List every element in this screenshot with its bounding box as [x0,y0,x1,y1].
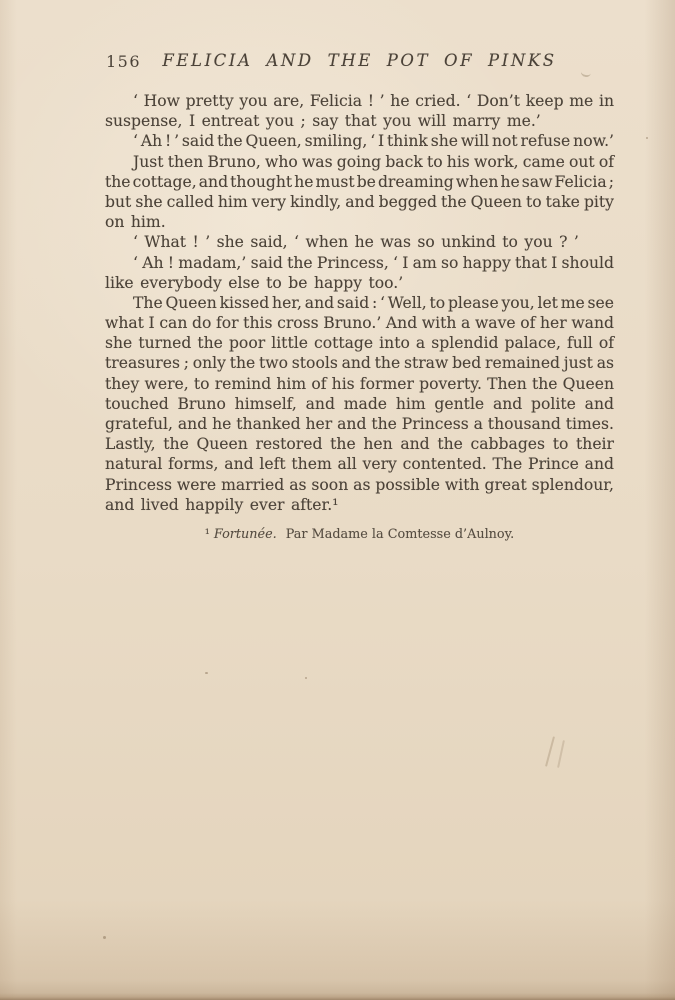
footnote-work-title: Fortunée. [214,527,277,542]
text-line: and lived happily ever after.¹ [105,495,614,515]
pencil-mark [545,736,555,766]
text-line: touched Bruno himself, and made him gent… [105,394,614,414]
paper-speck [205,672,208,674]
pencil-mark [557,740,565,768]
text-line: The Queen kissed her, and said : ‘ Well,… [105,293,614,313]
body-text: ‘ How pretty you are, Felicia ! ’ he cri… [105,91,614,515]
page-number: 156 [106,52,141,71]
text-line: suspense, I entreat you ; say that you w… [105,111,614,131]
text-line: ‘ Ah ! madam,’ said the Princess, ‘ I am… [105,253,614,273]
text-line: Just then Bruno, who was going back to h… [105,152,614,172]
text-line: ‘ Ah ! ’ said the Queen, smiling, ‘ I th… [105,131,614,151]
paragraph: ‘ What ! ’ she said, ‘ when he was so un… [105,232,614,252]
footnote-attribution: Par Madame la Comtesse d’Aulnoy. [286,527,514,542]
text-line: Princess were married as soon as possibl… [105,475,614,495]
text-line: they were, to remind him of his former p… [105,374,614,394]
page-header: 156 FELICIA AND THE POT OF PINKS [105,51,614,71]
text-line: like everybody else to be happy too.’ [105,273,614,293]
text-line: grateful, and he thanked her and the Pri… [105,414,614,434]
text-line: what I can do for this cross Bruno.’ And… [105,313,614,333]
footnote: ¹Fortunée.Par Madame la Comtesse d’Aulno… [105,527,614,542]
text-line: the cottage, and thought he must be drea… [105,172,614,192]
text-block: 156 FELICIA AND THE POT OF PINKS ‘ How p… [105,0,614,542]
text-line: she turned the poor little cottage into … [105,333,614,353]
paragraph: The Queen kissed her, and said : ‘ Well,… [105,293,614,515]
text-line: on him. [105,212,614,232]
paragraph: ‘ How pretty you are, Felicia ! ’ he cri… [105,91,614,131]
book-page: 156 FELICIA AND THE POT OF PINKS ‘ How p… [0,0,675,1000]
paper-speck [646,137,648,139]
text-line: but she called him very kindly, and begg… [105,192,614,212]
text-line: treasures ; only the two stools and the … [105,353,614,373]
paper-speck [103,936,106,939]
text-line: ‘ How pretty you are, Felicia ! ’ he cri… [105,91,614,111]
page-bottom-edge [0,993,675,1000]
text-line: ‘ What ! ’ she said, ‘ when he was so un… [105,232,614,252]
paragraph: Just then Bruno, who was going back to h… [105,152,614,233]
paragraph: ‘ Ah ! ’ said the Queen, smiling, ‘ I th… [105,131,614,151]
running-title: FELICIA AND THE POT OF PINKS [162,51,556,70]
text-line: natural forms, and left them all very co… [105,454,614,474]
paragraph: ‘ Ah ! madam,’ said the Princess, ‘ I am… [105,253,614,293]
text-line: Lastly, the Queen restored the hen and t… [105,434,614,454]
paper-speck [305,677,307,679]
footnote-marker: ¹ [205,527,210,542]
